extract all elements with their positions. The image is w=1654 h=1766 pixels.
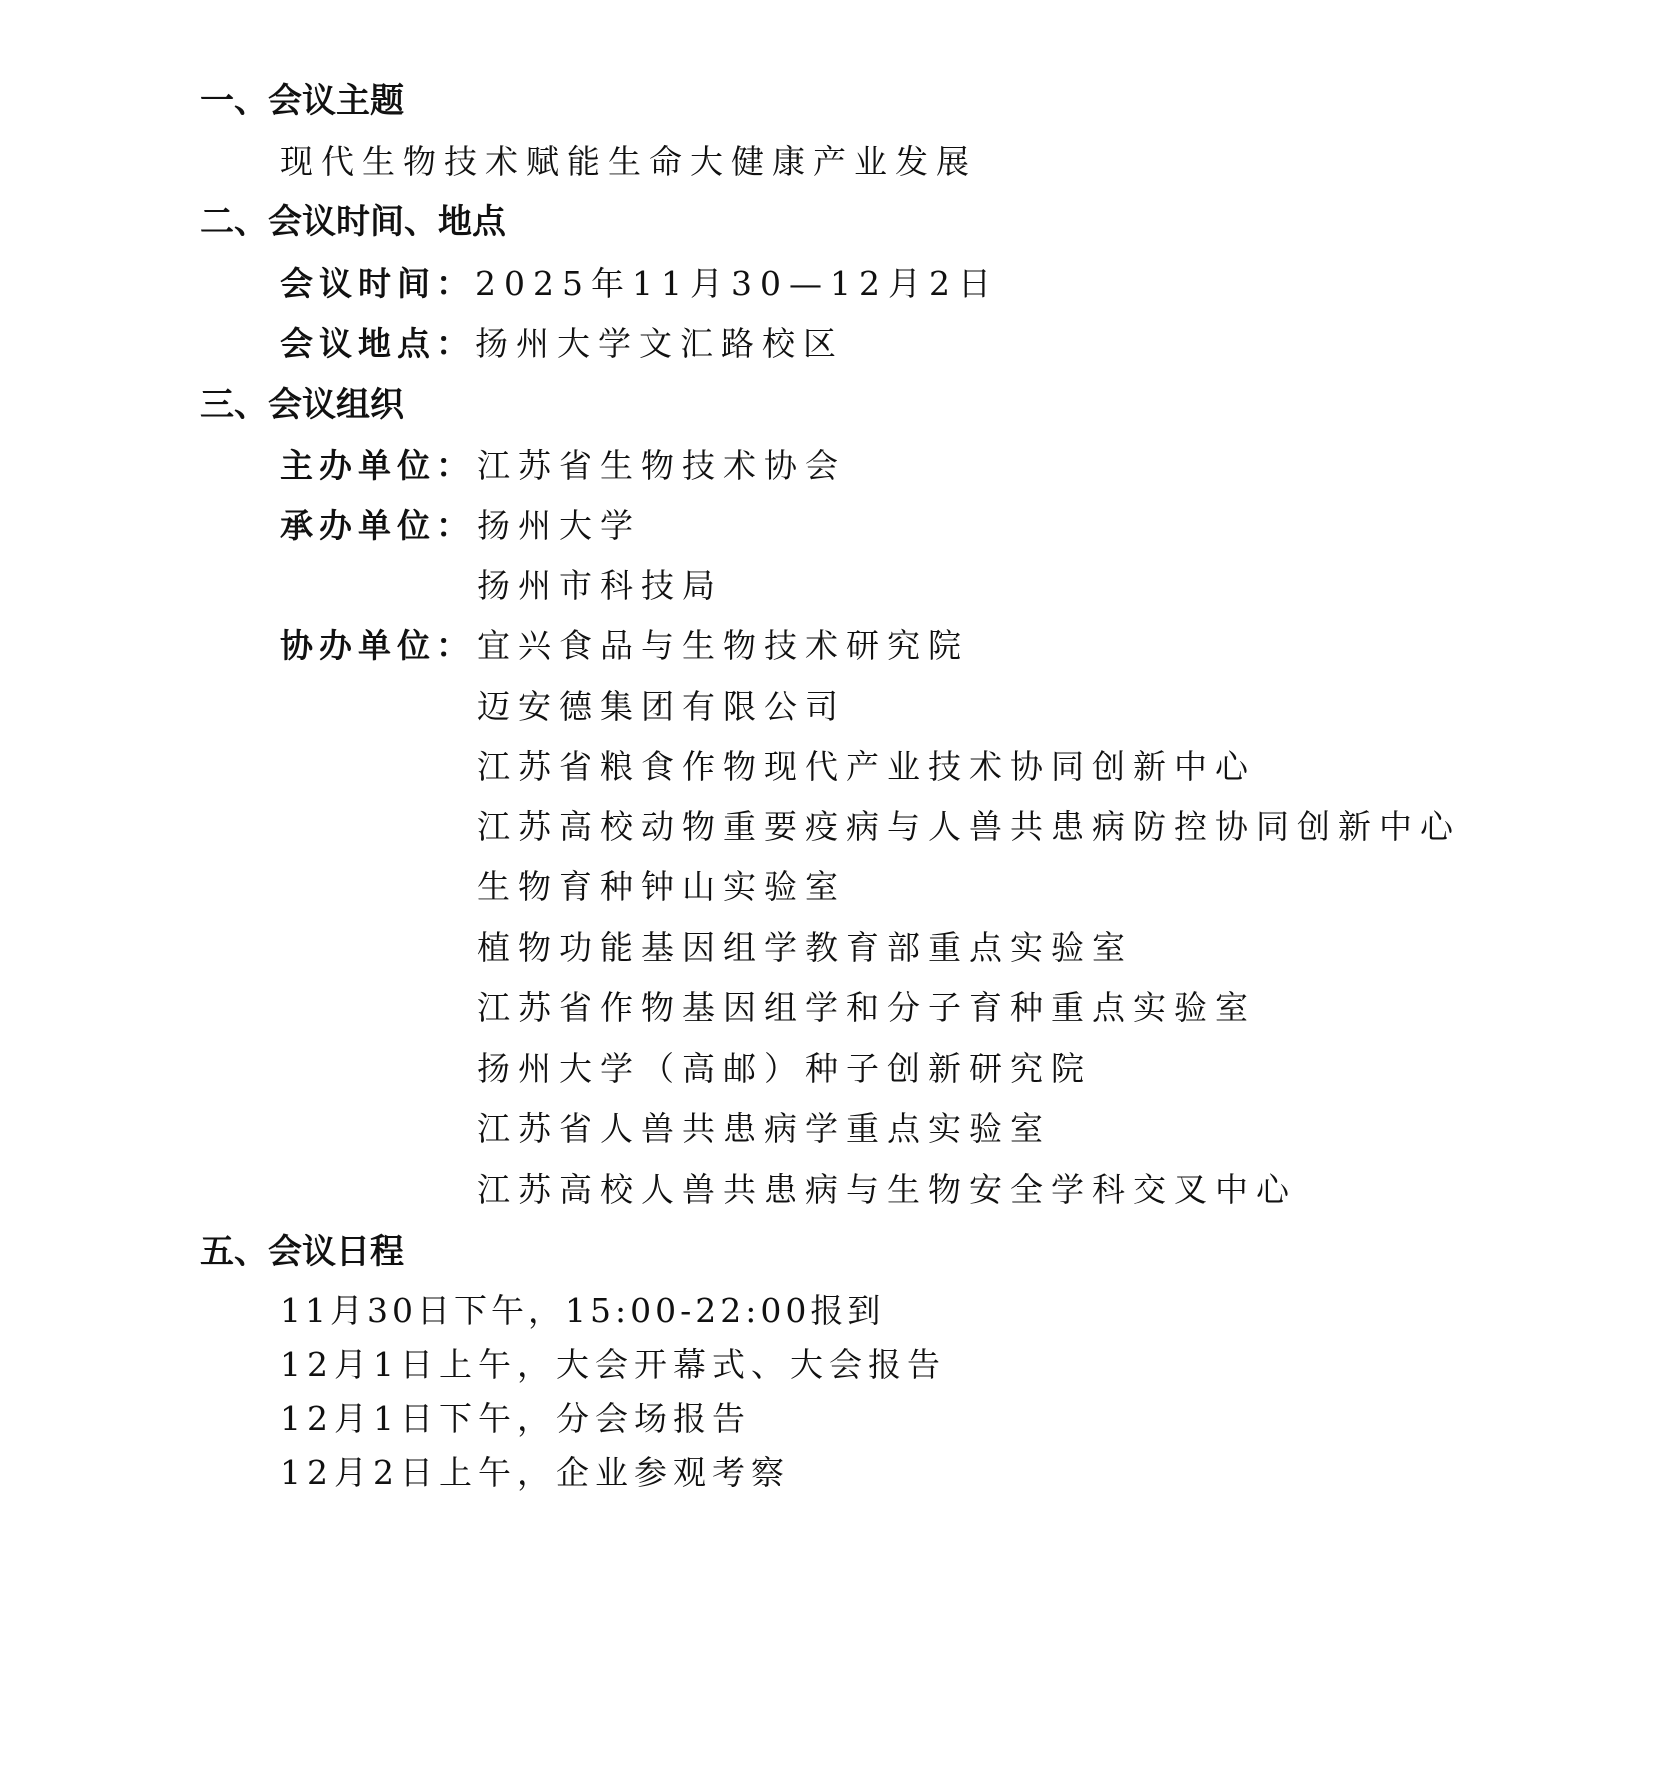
meeting-place-label: 会议地点：: [280, 327, 475, 360]
host-label: 主办单位：: [280, 449, 475, 482]
meeting-time-label: 会议时间：: [280, 267, 475, 300]
co-organizer-item: 生物育种钟山实验室: [477, 870, 846, 903]
organizer-item: 扬州市科技局: [477, 569, 723, 602]
co-organizer-item: 植物功能基因组学教育部重点实验室: [477, 931, 1133, 964]
co-organizer-item: 宜兴食品与生物技术研究院: [477, 629, 969, 662]
co-organizer-label: 协办单位：: [280, 629, 475, 662]
schedule-item: 11月30日下午，15:00-22:00报到: [280, 1294, 884, 1327]
meeting-place-value: 扬州大学文汇路校区: [475, 327, 844, 360]
co-organizer-item: 江苏省作物基因组学和分子育种重点实验室: [477, 991, 1256, 1024]
co-organizer-item: 江苏省粮食作物现代产业技术协同创新中心: [477, 750, 1256, 783]
section-heading-time-place: 二、会议时间、地点: [200, 205, 506, 239]
meeting-place-row: 会议地点： 扬州大学文汇路校区: [280, 327, 844, 360]
co-organizer-item: 扬州大学（高邮）种子创新研究院: [477, 1052, 1092, 1085]
theme-text: 现代生物技术赋能生命大健康产业发展: [280, 145, 977, 178]
schedule-item: 12月1日下午，分会场报告: [280, 1402, 751, 1435]
section-heading-organization: 三、会议组织: [200, 388, 404, 422]
co-organizer-item: 江苏高校动物重要疫病与人兽共患病防控协同创新中心: [477, 810, 1461, 843]
co-organizer-item: 江苏高校人兽共患病与生物安全学科交叉中心: [477, 1173, 1297, 1206]
organizer-item: 扬州大学: [477, 509, 641, 542]
schedule-item: 12月2日上午，企业参观考察: [280, 1456, 790, 1489]
co-organizer-item: 江苏省人兽共患病学重点实验室: [477, 1112, 1051, 1145]
section-heading-theme: 一、会议主题: [200, 84, 404, 118]
host-item: 江苏省生物技术协会: [477, 449, 846, 482]
organizer-label: 承办单位：: [280, 509, 475, 542]
meeting-time-value: 2025年11月30—12月2日: [475, 267, 999, 300]
section-heading-schedule: 五、会议日程: [200, 1235, 404, 1269]
schedule-item: 12月1日上午，大会开幕式、大会报告: [280, 1348, 946, 1381]
co-organizer-item: 迈安德集团有限公司: [477, 690, 846, 723]
meeting-time-row: 会议时间： 2025年11月30—12月2日: [280, 267, 999, 300]
